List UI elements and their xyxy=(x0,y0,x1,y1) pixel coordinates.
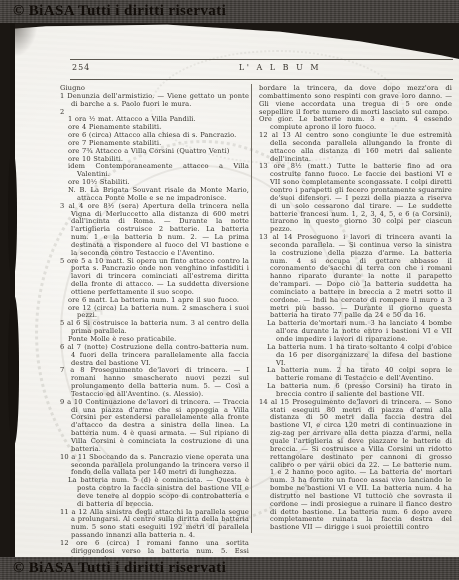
left-text-column: Giugno1 Denunzia dell'armistizio. — Vien… xyxy=(60,85,249,563)
header-rule-bottom xyxy=(70,79,453,80)
scanned-document-viewport: D E S 254 L' A L B U M Giugno1 Denunzia … xyxy=(0,0,459,580)
column-divider-rule xyxy=(251,84,252,533)
entry-line: 13 al 14 Proseguono i lavori di trincera… xyxy=(259,234,452,320)
copyright-watermark-text: © BiASA Tutti i diritti riservati xyxy=(0,0,459,22)
entry-line: 10 a 11 Sboccando da s. Pancrazio viene … xyxy=(60,454,249,478)
entry-line: N. B. La Brigata Souvant risale da Monte… xyxy=(60,187,249,203)
watermark-band-top: © BiASA Tutti i diritti riservati xyxy=(0,0,459,23)
header-rule-top xyxy=(70,59,453,60)
entry-line: 14 al 15 Proseguimento de'lavori di trin… xyxy=(259,399,452,532)
entry-line: La batteria num. 5 (d) è cominciata. — Q… xyxy=(60,477,249,508)
entry-line: 7 a 8 Proseguimento de'lavori di trincer… xyxy=(60,367,249,398)
entry-line: 9 a 10 Continuazione de'lavori di trince… xyxy=(60,399,249,454)
scan-artifact xyxy=(8,150,17,280)
entry-line: 13 ore 8½ (matt.) Tutte le batterie fino… xyxy=(259,163,452,234)
journal-title: L' A L B U M xyxy=(120,63,440,72)
entry-line: idem Contemporaneamente attacco a Villa … xyxy=(60,163,249,179)
entry-line: 1 Denunzia dell'armistizio. — Viene gett… xyxy=(60,93,249,109)
page-number: 254 xyxy=(72,63,90,72)
entry-line: La batteria num. 2 ha tirato 40 colpi so… xyxy=(259,367,452,383)
entry-line: Ore gior. Le batterie num. 3 e num. 4 es… xyxy=(259,116,452,132)
scan-artifact xyxy=(10,455,15,525)
entry-line: La batteria num. 6 (presso Corsini) ha t… xyxy=(259,383,452,399)
entry-line: 11 a 12 Alla sinistra degli attacchi la … xyxy=(60,509,249,540)
copyright-watermark-text: © BiASA Tutti i diritti riservati xyxy=(0,557,459,579)
entry-line: La batteria de'mortari num. 3 ha lanciat… xyxy=(259,320,452,344)
right-text-column: bordare la trincera, da dove dopo mezz'o… xyxy=(259,85,452,532)
entry-line: 5 al 6 Si costruisce la batteria num. 3 … xyxy=(60,320,249,336)
entry-line: La batteria num. 1 ha tirato soltanto 4 … xyxy=(259,344,452,368)
entry-line: bordare la trincera, da dove dopo mezz'o… xyxy=(259,85,452,116)
entry-line: 6 al 7 (notte) Costruzione della contro-… xyxy=(60,344,249,368)
scan-artifact xyxy=(8,295,19,445)
page-curl-shadow xyxy=(12,24,38,58)
entry-line: 5 ore 5 a 10 matt. Si opera un finto att… xyxy=(60,258,249,297)
entry-line: 12 al 13 Al centro sono congiunte le due… xyxy=(259,132,452,163)
entry-line: ore 12 (circa) La batteria num. 2 smasch… xyxy=(60,305,249,321)
entry-line: 3 al 4 ore 8½ (sera) Apertura della trin… xyxy=(60,203,249,258)
watermark-band-bottom: © BiASA Tutti i diritti riservati xyxy=(0,557,459,580)
